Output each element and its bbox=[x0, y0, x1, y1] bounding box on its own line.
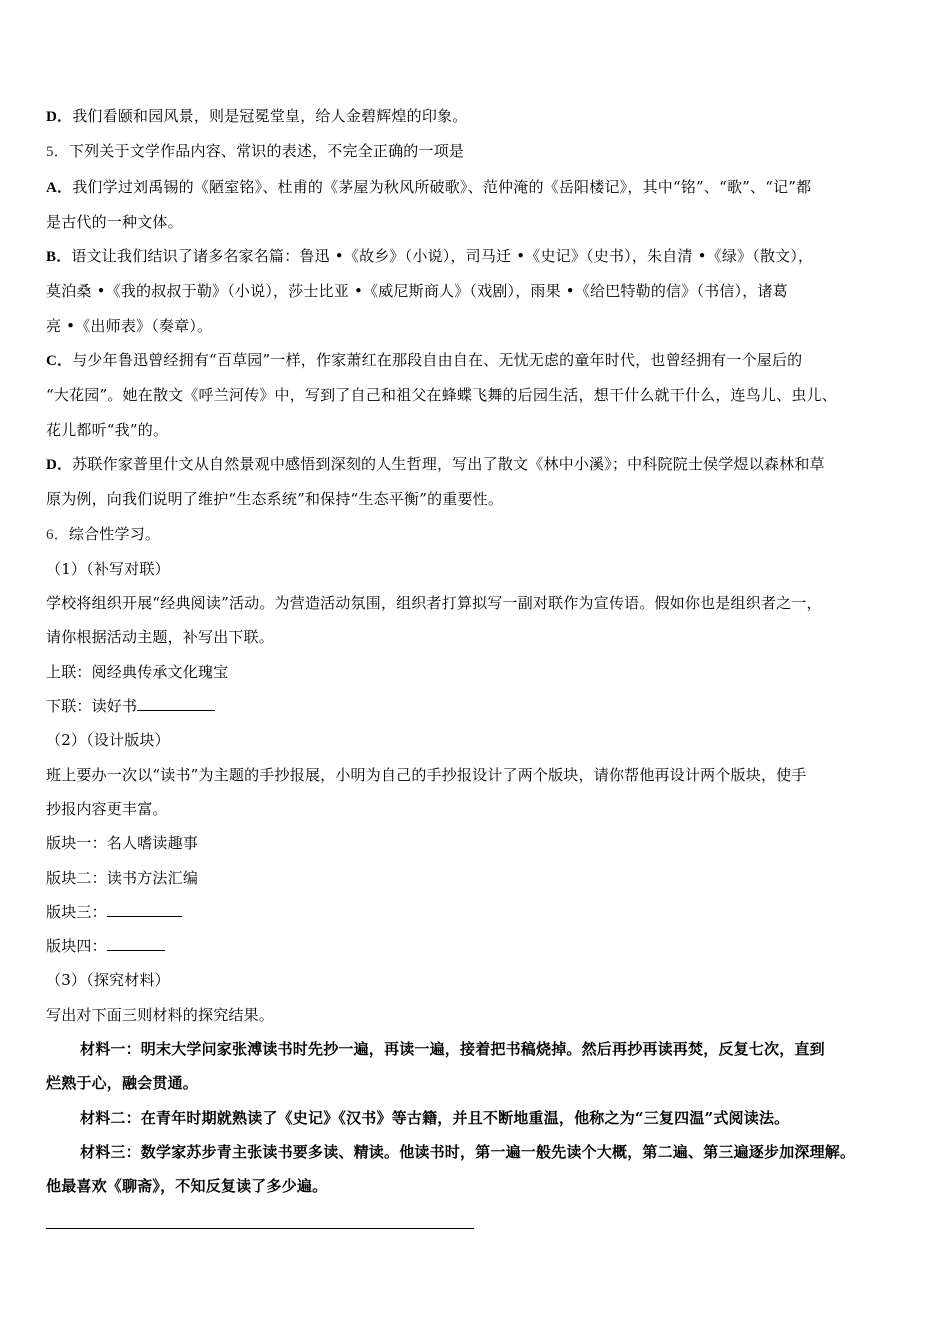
q5-option-c-line-3: 花儿都听“我”的。 bbox=[46, 413, 908, 447]
exam-page: D．我们看颐和园风景，则是冠冕堂皇，给人金碧辉煌的印象。 5．下列关于文学作品内… bbox=[46, 99, 908, 1204]
lower-couplet: 下联：读好书 bbox=[46, 689, 908, 723]
block-4-answer-blank[interactable] bbox=[107, 935, 165, 951]
question-number: 6． bbox=[46, 527, 69, 543]
upper-couplet: 上联：阅经典传承文化瑰宝 bbox=[46, 655, 908, 689]
q6-part1-heading: （1）（补写对联） bbox=[46, 552, 908, 586]
block-label: 版块三： bbox=[46, 903, 107, 921]
q6-part3-heading: （3）（探究材料） bbox=[46, 963, 908, 997]
answer-line[interactable] bbox=[46, 1228, 474, 1229]
q6-stem: 6．综合性学习。 bbox=[46, 517, 908, 552]
block-label: 版块四： bbox=[46, 937, 107, 955]
lower-couplet-answer-blank[interactable] bbox=[137, 695, 215, 711]
q5-option-c-line-2: “大花园”。她在散文《呼兰河传》中，写到了自己和祖父在蜂蝶飞舞的后园生活，想干什… bbox=[46, 378, 908, 412]
option-text: 我们学过刘禹锡的《陋室铭》、杜甫的《茅屋为秋风所破歌》、范仲淹的《岳阳楼记》，其… bbox=[72, 178, 811, 196]
material-3-line-2: 他最喜欢《聊斋》，不知反复读了多少遍。 bbox=[46, 1169, 908, 1203]
material-1-line-2: 烂熟于心，融会贯通。 bbox=[46, 1066, 908, 1100]
option-label: D． bbox=[46, 109, 72, 125]
block-1: 版块一：名人嗜读趣事 bbox=[46, 826, 908, 860]
q6-part2-heading: （2）（设计版块） bbox=[46, 723, 908, 757]
q6-part3-instruction: 写出对下面三则材料的探究结果。 bbox=[46, 998, 908, 1032]
q5-option-d-line-1: D．苏联作家普里什文从自然景观中感悟到深刻的人生哲理，写出了散文《林中小溪》；中… bbox=[46, 447, 908, 482]
option-label: A． bbox=[46, 180, 72, 196]
option-text: 与少年鲁迅曾经拥有“百草园”一样，作家萧红在那段自由自在、无忧无虑的童年时代，也… bbox=[72, 351, 802, 369]
q6-part1-line-2: 请你根据活动主题，补写出下联。 bbox=[46, 620, 908, 654]
block-label: 版块一： bbox=[46, 834, 107, 852]
q5-option-b-line-2: 莫泊桑 •《我的叔叔于勒》（小说），莎士比亚 •《威尼斯商人》（戏剧），雨果 •… bbox=[46, 274, 908, 308]
material-3-line-1: 材料三：数学家苏步青主张读书要多读、精读。他读书时，第一遍一般先读个大概，第二遍… bbox=[46, 1135, 908, 1169]
question-text: 综合性学习。 bbox=[69, 525, 160, 543]
q5-option-a-line-1: A．我们学过刘禹锡的《陋室铭》、杜甫的《茅屋为秋风所破歌》、范仲淹的《岳阳楼记》… bbox=[46, 170, 908, 205]
option-text: 语文让我们结识了诸多名家名篇：鲁迅 •《故乡》（小说），司马迁 •《史记》（史书… bbox=[71, 247, 813, 265]
upper-couplet-label: 上联： bbox=[46, 663, 92, 681]
question-number: 5． bbox=[46, 144, 69, 160]
material-1-line-1: 材料一：明末大学问家张溥读书时先抄一遍，再读一遍，接着把书稿烧掉。然后再抄再读再… bbox=[46, 1032, 908, 1066]
option-label: C． bbox=[46, 353, 72, 369]
lower-couplet-text: 读好书 bbox=[92, 697, 138, 715]
block-3: 版块三： bbox=[46, 895, 908, 929]
block-text: 读书方法汇编 bbox=[107, 869, 198, 887]
q6-part2-line-1: 班上要办一次以“读书”为主题的手抄报展，小明为自己的手抄报设计了两个版块，请你帮… bbox=[46, 758, 908, 792]
block-2: 版块二：读书方法汇编 bbox=[46, 861, 908, 895]
option-label: B． bbox=[46, 249, 71, 265]
question-text: 下列关于文学作品内容、常识的表述，不完全正确的一项是 bbox=[69, 142, 464, 160]
block-text: 名人嗜读趣事 bbox=[107, 834, 198, 852]
lower-couplet-label: 下联： bbox=[46, 697, 92, 715]
q6-part1-line-1: 学校将组织开展“经典阅读”活动。为营造活动氛围，组织者打算拟写一副对联作为宣传语… bbox=[46, 586, 908, 620]
block-3-answer-blank[interactable] bbox=[107, 901, 182, 917]
q4-option-d: D．我们看颐和园风景，则是冠冕堂皇，给人金碧辉煌的印象。 bbox=[46, 99, 908, 134]
q6-part2-line-2: 抄报内容更丰富。 bbox=[46, 792, 908, 826]
block-4: 版块四： bbox=[46, 929, 908, 963]
upper-couplet-text: 阅经典传承文化瑰宝 bbox=[92, 663, 229, 681]
q5-option-d-line-2: 原为例，向我们说明了维护“生态系统”和保持“生态平衡”的重要性。 bbox=[46, 482, 908, 516]
block-label: 版块二： bbox=[46, 869, 107, 887]
option-text: 我们看颐和园风景，则是冠冕堂皇，给人金碧辉煌的印象。 bbox=[72, 107, 467, 125]
option-text: 苏联作家普里什文从自然景观中感悟到深刻的人生哲理，写出了散文《林中小溪》；中科院… bbox=[72, 455, 825, 473]
q5-option-a-line-2: 是古代的一种文体。 bbox=[46, 205, 908, 239]
material-2-line-1: 材料二：在青年时期就熟读了《史记》《汉书》等古籍，并且不断地重温，他称之为“三复… bbox=[46, 1101, 908, 1135]
q5-option-b-line-1: B．语文让我们结识了诸多名家名篇：鲁迅 •《故乡》（小说），司马迁 •《史记》（… bbox=[46, 239, 908, 274]
q5-option-b-line-3: 亮 •《出师表》（奏章）。 bbox=[46, 309, 908, 343]
q5-stem: 5．下列关于文学作品内容、常识的表述，不完全正确的一项是 bbox=[46, 134, 908, 169]
q5-option-c-line-1: C．与少年鲁迅曾经拥有“百草园”一样，作家萧红在那段自由自在、无忧无虑的童年时代… bbox=[46, 343, 908, 378]
option-label: D． bbox=[46, 457, 72, 473]
